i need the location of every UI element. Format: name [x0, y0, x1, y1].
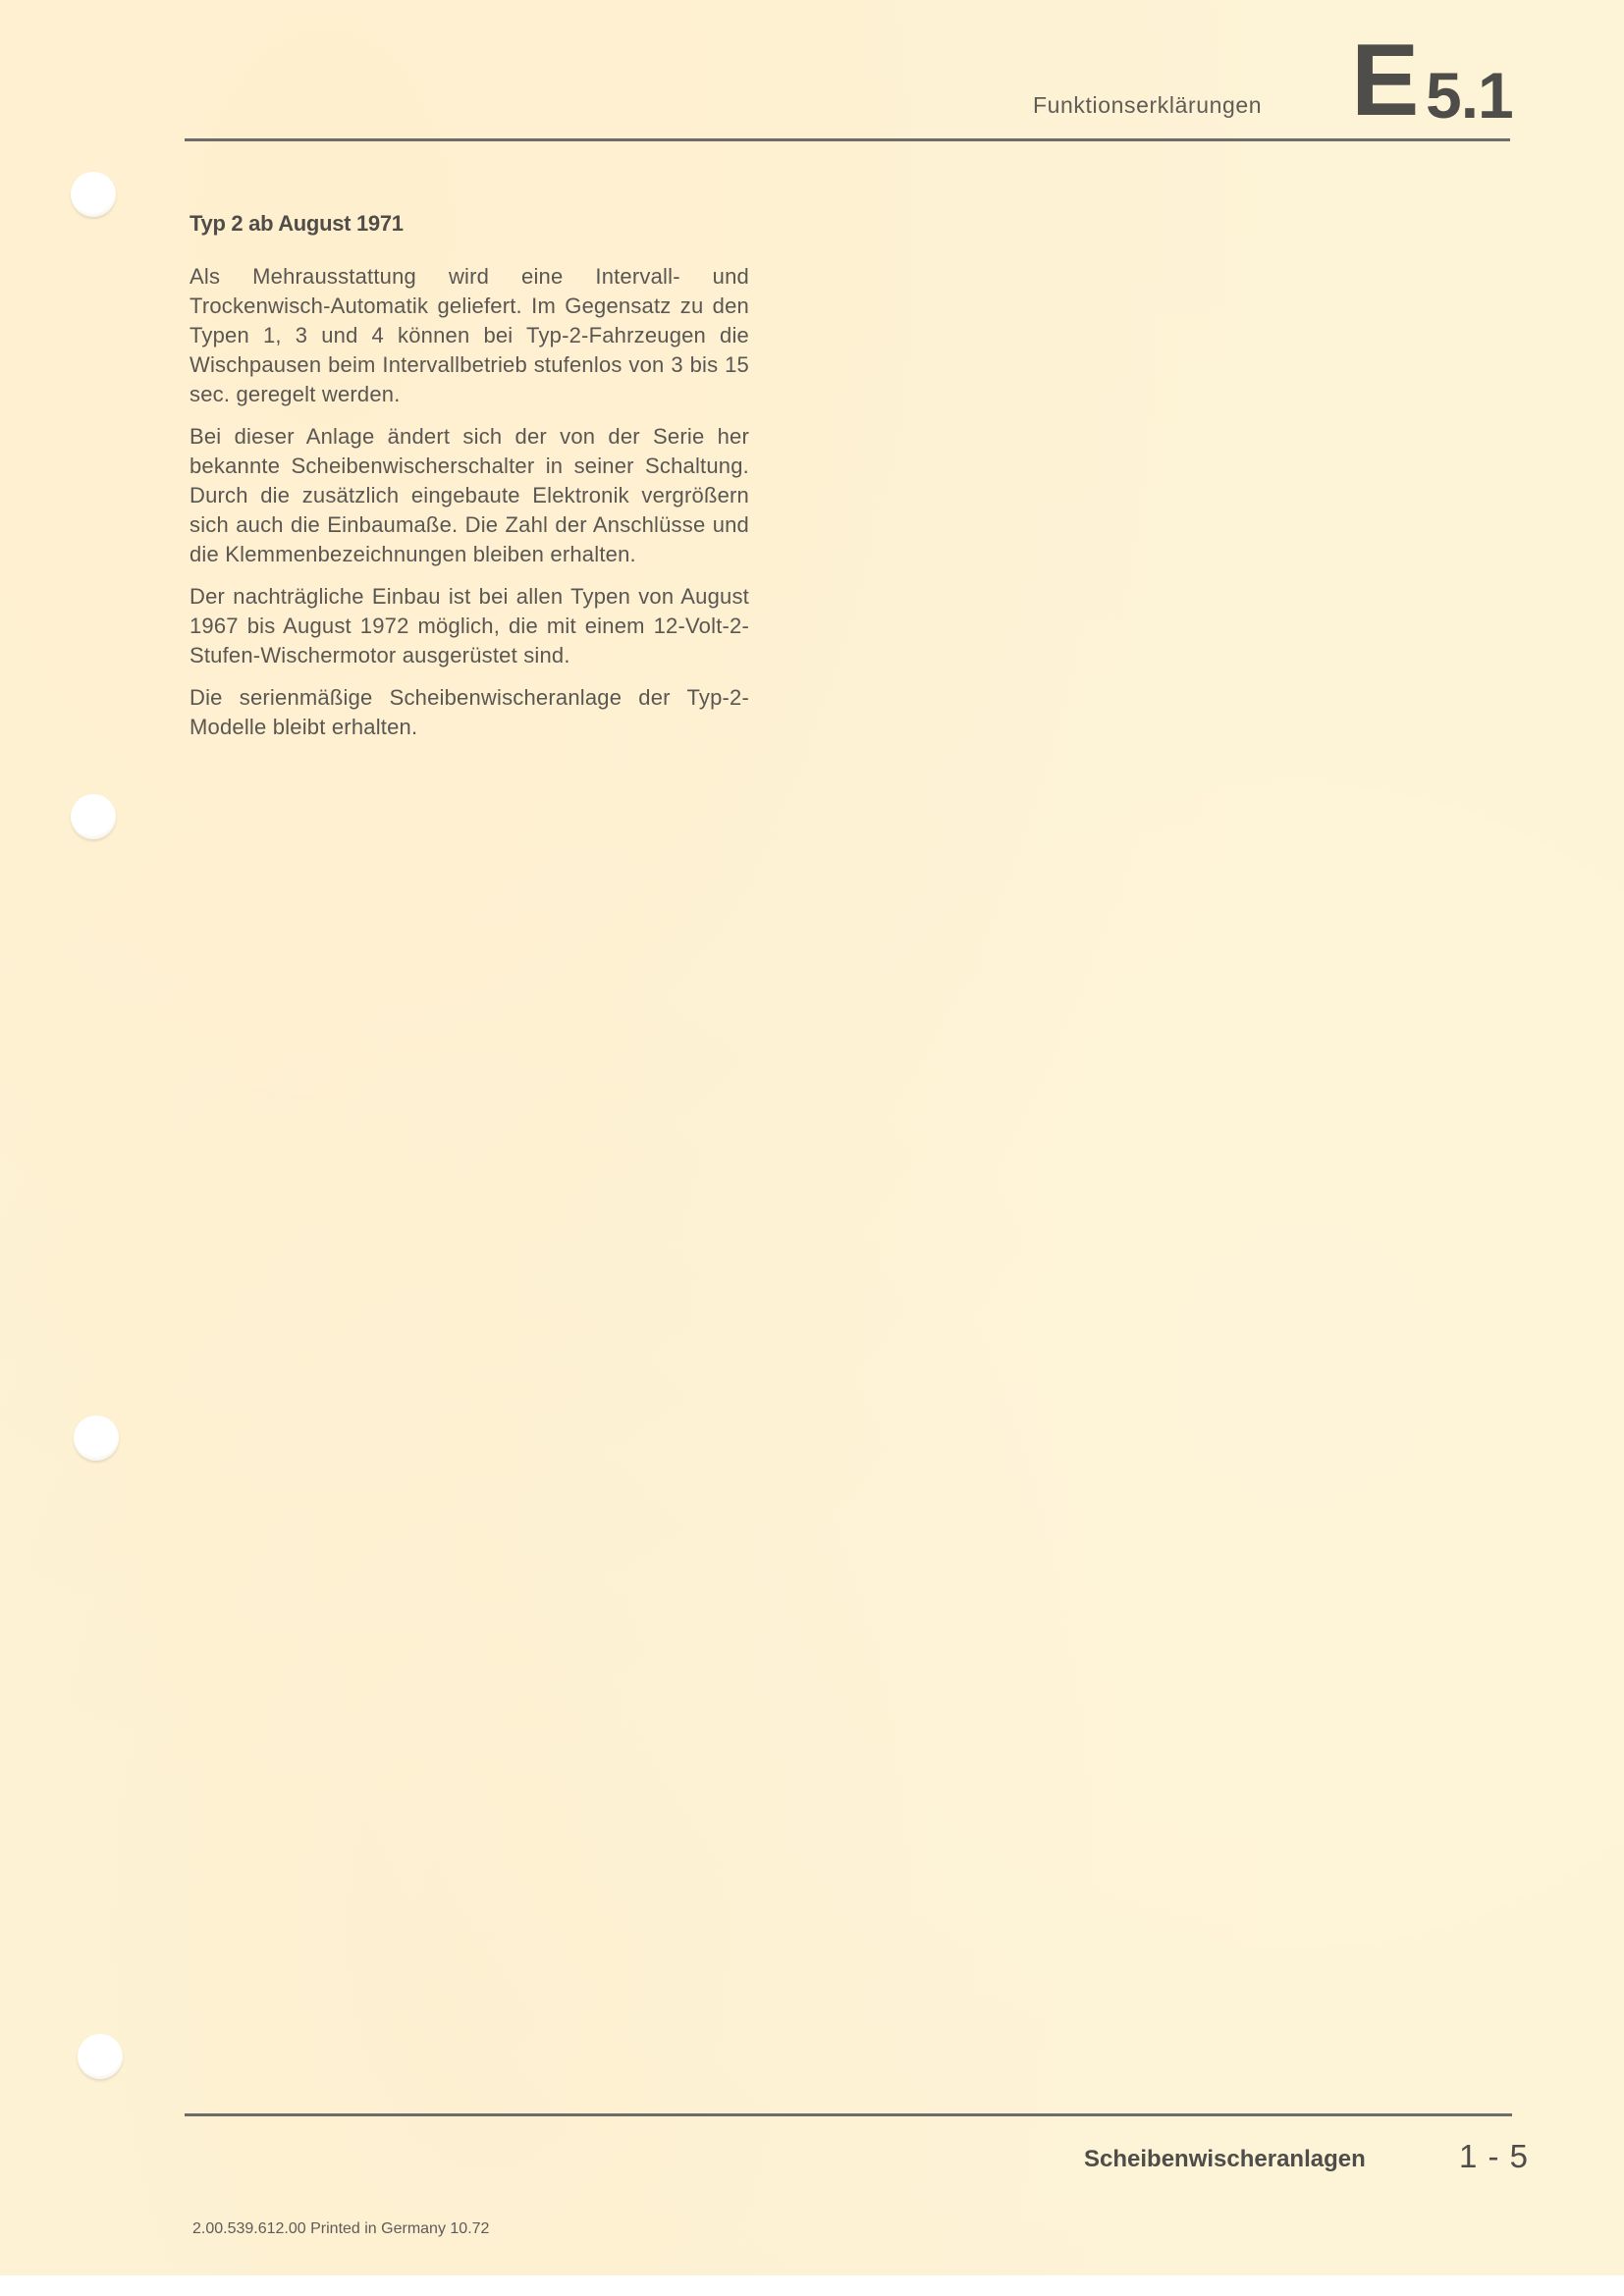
paragraph: Die serienmäßige Scheibenwischeranlage d…: [189, 683, 749, 742]
header-label: Funktionserklärungen: [1033, 92, 1262, 119]
paragraph: Als Mehrausstattung wird eine Intervall-…: [189, 262, 749, 409]
section-number: 5.1: [1426, 63, 1513, 128]
punch-hole-icon: [78, 2034, 123, 2079]
document-page: Funktionserklärungen E 5.1 Typ 2 ab Augu…: [0, 0, 1624, 2275]
header-divider: [185, 138, 1510, 141]
page-number: 1 - 5: [1459, 2138, 1529, 2175]
punch-hole-icon: [74, 1415, 119, 1461]
footer-title: Scheibenwischeranlagen: [1084, 2146, 1366, 2173]
paragraph: Bei dieser Anlage ändert sich der von de…: [189, 422, 749, 569]
section-letter: E: [1351, 29, 1417, 132]
section-heading: Typ 2 ab August 1971: [189, 211, 749, 237]
punch-hole-icon: [71, 794, 116, 839]
paragraph: Der nachträgliche Einbau ist bei allen T…: [189, 582, 749, 670]
print-info: 2.00.539.612.00 Printed in Germany 10.72: [192, 2220, 489, 2238]
punch-hole-icon: [71, 172, 116, 217]
main-content: Typ 2 ab August 1971 Als Mehrausstattung…: [189, 211, 749, 755]
footer-divider: [185, 2113, 1512, 2116]
